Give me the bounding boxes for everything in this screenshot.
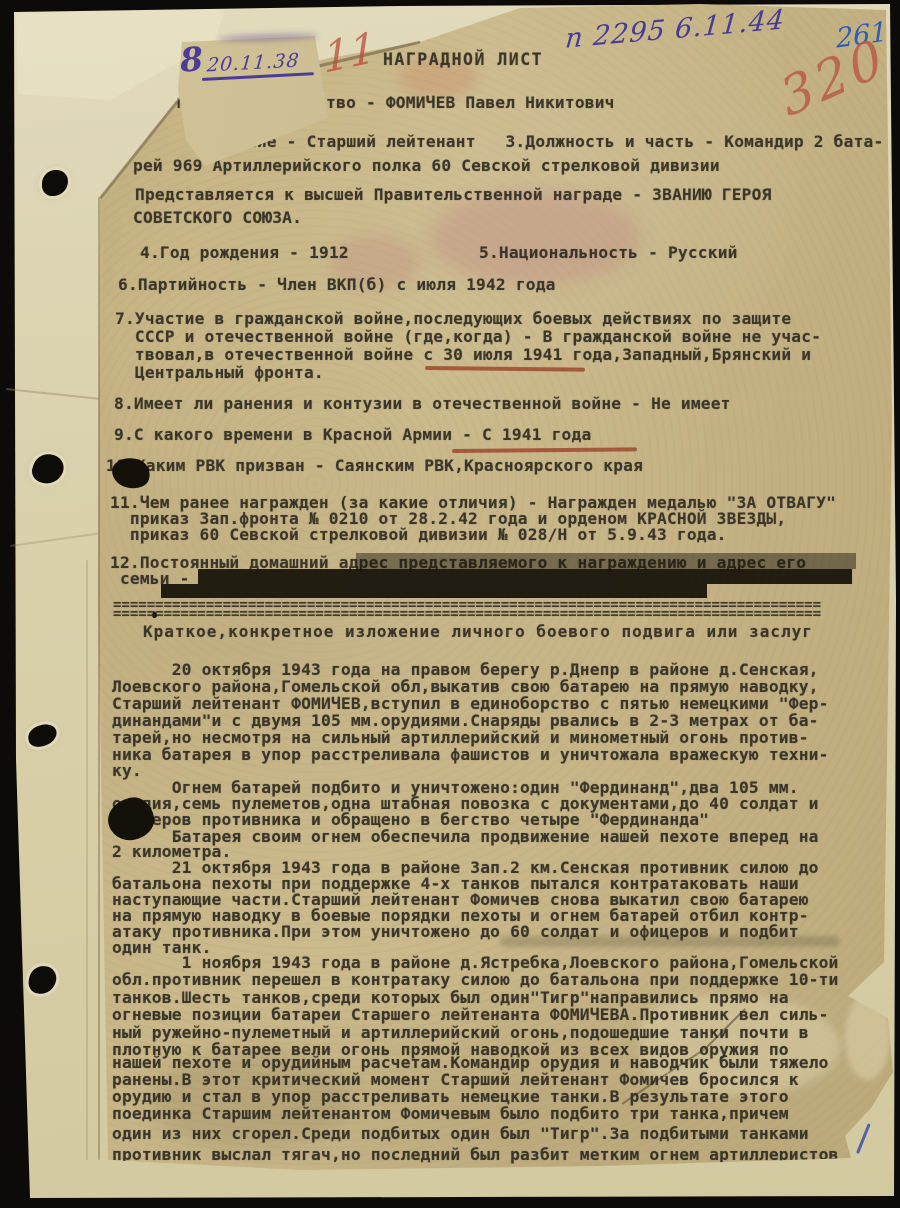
ink-stain-magenta xyxy=(430,190,640,285)
field-wounds: 8.Имеет ли ранения и контузии в отечеств… xyxy=(114,395,731,413)
field-war-participation: СССР и отечественной войне (где,когда) -… xyxy=(115,328,821,346)
scanned-award-sheet: НАГРАДНОЙ ЛИСТ мия,имя и отчество - ФОМИ… xyxy=(0,0,900,1208)
field-drafted-by: 10.Каким РВК призван - Саянским РВК,Крас… xyxy=(106,457,643,475)
field-war-participation: Центральный фронта. xyxy=(115,364,324,382)
field-birth-year: 4.Год рождения - 1912 xyxy=(140,244,349,262)
handwritten-stamp-number: 8 xyxy=(179,39,205,80)
document-sheet: НАГРАДНОЙ ЛИСТ мия,имя и отчество - ФОМИ… xyxy=(0,0,900,1208)
field-previous-awards: приказ 60 Севской стрелковой дивизии № 0… xyxy=(110,526,727,544)
document-title: НАГРАДНОЙ ЛИСТ xyxy=(383,50,543,69)
red-underline xyxy=(425,366,585,371)
award-paragraph-line: ника батарея в упор расстреливала фашист… xyxy=(112,745,829,764)
backing-crease xyxy=(86,560,88,1160)
award-paragraph-line: один из них сгорел.Среди подбитых один б… xyxy=(112,1124,809,1143)
award-paragraph-line: поединка Старшим лейтенантом Фомичевым б… xyxy=(112,1104,789,1123)
torn-edge-shadow xyxy=(98,197,100,1160)
field-war-participation: твовал,в отечественной войне с 30 июля 1… xyxy=(115,346,811,364)
divider-row: ========================================… xyxy=(113,610,821,619)
red-underline xyxy=(452,447,637,453)
award-paragraph-line: атаку противника.При этом уничтожено до … xyxy=(112,922,799,941)
award-paragraph-line: противник выслал тягач,но последний был … xyxy=(112,1145,839,1164)
section-title: Краткое,конкретное изложение личного бое… xyxy=(143,622,813,641)
field-nationality: 5.Национальность - Русский xyxy=(479,244,738,262)
field-award-proposal: Представляется к высшей Правительственно… xyxy=(135,186,772,204)
field-service-since: 9.С какого времени в Красной Армии - С 1… xyxy=(114,426,591,444)
redaction-bar xyxy=(161,584,707,598)
award-paragraph-line: обл.противник перешел в контратаку силою… xyxy=(112,970,839,989)
award-paragraph-line: огневые позиции батареи Старшего лейтена… xyxy=(112,1005,829,1024)
field-party: 6.Партийность - Член ВКП(б) с июля 1942 … xyxy=(118,276,556,294)
field-award-proposal: СОВЕТСКОГО СОЮЗА. xyxy=(133,209,302,227)
field-war-participation: 7.Участие в гражданской войне,последующи… xyxy=(115,310,791,328)
redaction-bar xyxy=(198,569,852,584)
redaction-overlay xyxy=(356,553,856,569)
field-rank-position: вание - Старший лейтенант 3.Должность и … xyxy=(227,133,883,151)
